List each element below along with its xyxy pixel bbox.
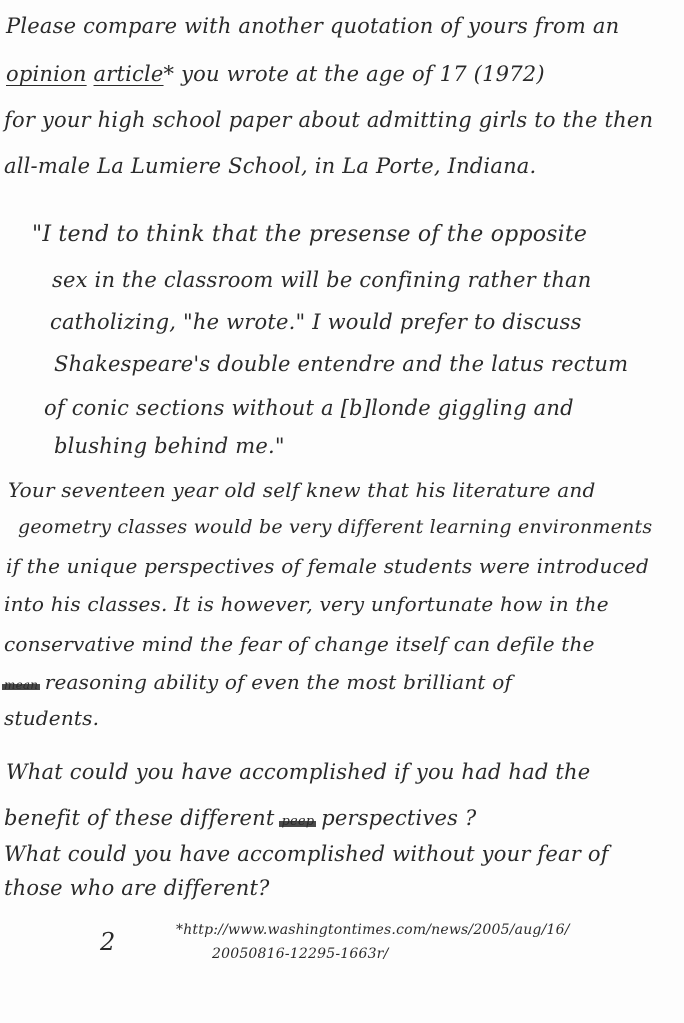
struck-out-word: mean <box>4 678 38 692</box>
body-line-1: Your seventeen year old self knew that h… <box>8 478 595 502</box>
body-line-4: into his classes. It is however, very un… <box>4 592 609 616</box>
intro-line-3: for your high school paper about admitti… <box>4 108 653 132</box>
underlined-word-opinion: opinion <box>6 62 87 86</box>
underlined-word-article: article <box>94 62 164 86</box>
quote-line-2: sex in the classroom will be confining r… <box>52 268 592 292</box>
footnote-url-line-1: *http://www.washingtontimes.com/news/200… <box>176 922 570 938</box>
question-line-2-post: perspectives ? <box>321 806 476 830</box>
struck-out-word-2: peep <box>281 814 314 829</box>
quote-line-4: Shakespeare's double entendre and the la… <box>54 352 628 376</box>
quote-line-6: blushing behind me." <box>54 434 285 458</box>
body-line-6: mean reasoning ability of even the most … <box>4 670 512 694</box>
intro-line-2-rest: * you wrote at the age of 17 (1972) <box>164 62 545 86</box>
question-line-4: those who are different? <box>4 876 270 900</box>
question-line-2-pre: benefit of these different <box>4 806 275 830</box>
page-number: 2 <box>100 928 115 956</box>
quote-line-1: "I tend to think that the presense of th… <box>32 222 587 247</box>
footnote-url-line-2: 20050816-12295-1663r/ <box>212 946 389 962</box>
body-line-6-text: reasoning ability of even the most brill… <box>45 670 512 694</box>
body-line-5: conservative mind the fear of change its… <box>4 632 595 656</box>
quote-line-3: catholizing, "he wrote." I would prefer … <box>50 310 582 334</box>
handwritten-letter-page: Please compare with another quotation of… <box>0 0 684 1023</box>
body-line-7: students. <box>4 706 99 730</box>
intro-line-2: opinion article* you wrote at the age of… <box>6 62 545 86</box>
question-line-1: What could you have accomplished if you … <box>6 760 590 784</box>
body-line-3: if the unique perspectives of female stu… <box>6 554 649 578</box>
body-line-2: geometry classes would be very different… <box>18 516 652 538</box>
question-line-3: What could you have accomplished without… <box>4 842 609 866</box>
question-line-2: benefit of these different peep perspect… <box>4 806 476 830</box>
quote-line-5: of conic sections without a [b]londe gig… <box>44 396 574 420</box>
intro-line-1: Please compare with another quotation of… <box>6 14 619 38</box>
intro-line-4: all-male La Lumiere School, in La Porte,… <box>4 154 536 178</box>
